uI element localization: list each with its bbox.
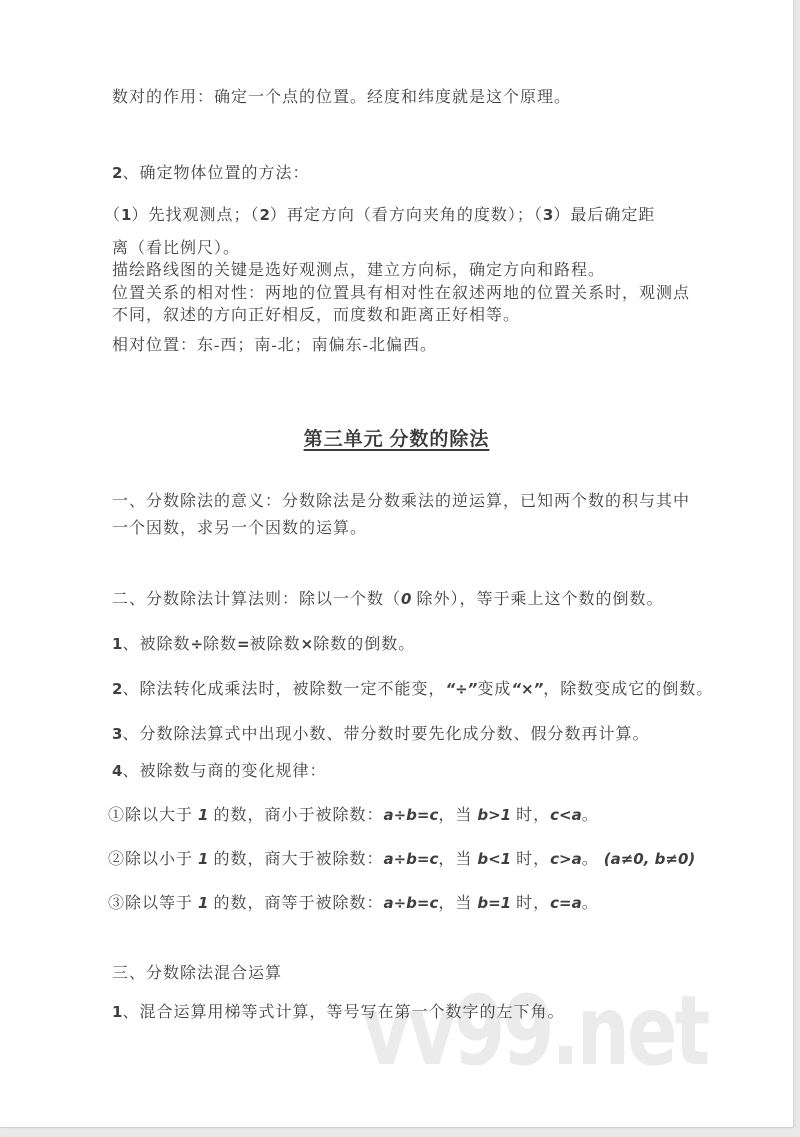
list-item-steps-1-2-3: （1）先找观测点；（2）再定方向（看方向夹角的度数）；（3）最后确定距 bbox=[104, 205, 655, 226]
watermark: vv99.net bbox=[362, 975, 707, 1087]
section-heading: 第三单元 分数的除法 bbox=[0, 424, 793, 451]
paragraph-number-pair-usage: 数对的作用：确定一个点的位置。经度和纬度就是这个原理。 bbox=[112, 88, 571, 108]
line-relative-positions: 相对位置：东-西；南-北；南偏东-北偏西。 bbox=[112, 336, 437, 356]
sub-item-3-divisor-equal: ③除以等于 1 的数，商等于被除数：a÷b=c，当 b=1 时，c=a。 bbox=[108, 893, 599, 914]
paragraph-division-meaning-2: 一个因数，求另一个因数的运算。 bbox=[112, 519, 367, 539]
line-position-relativity-2: 不同，叙述的方向正好相反，而度数和距离正好相等。 bbox=[112, 306, 520, 326]
list-item-1-formula: 1、被除数÷除数=被除数×除数的倒数。 bbox=[112, 634, 415, 655]
section-heading-text: 第三单元 分数的除法 bbox=[304, 429, 490, 450]
list-item-3-decimals: 3、分数除法算式中出现小数、带分数时要先化成分数、假分数再计算。 bbox=[112, 724, 649, 745]
line-distance-scale: 离（看比例尺）。 bbox=[112, 239, 240, 259]
section-three-mixed-operations: 三、分数除法混合运算 bbox=[112, 964, 282, 984]
line-route-map-key: 描绘路线图的关键是选好观测点，建立方向标，确定方向和路程。 bbox=[112, 261, 605, 281]
paragraph-division-rule: 二、分数除法计算法则：除以一个数（0 除外），等于乘上这个数的倒数。 bbox=[112, 589, 663, 610]
sub-item-2-divisor-less: ②除以小于 1 的数，商大于被除数：a÷b=c，当 b<1 时，c>a。 (a≠… bbox=[108, 849, 695, 870]
list-item-2-locating-method: 2、确定物体位置的方法： bbox=[112, 163, 309, 184]
line-position-relativity-1: 位置关系的相对性：两地的位置具有相对性在叙述两地的位置关系时，观测点 bbox=[112, 284, 690, 304]
document-page: vv99.net 数对的作用：确定一个点的位置。经度和纬度就是这个原理。 2、确… bbox=[0, 0, 794, 1128]
list-item-1-mixed-calculation: 1、混合运算用梯等式计算，等号写在第一个数字的左下角。 bbox=[112, 1002, 564, 1023]
paragraph-division-meaning-1: 一、分数除法的意义：分数除法是分数乘法的逆运算，已知两个数的积与其中 bbox=[112, 492, 690, 512]
list-item-2-conversion: 2、除法转化成乘法时，被除数一定不能变，“÷”变成“×”，除数变成它的倒数。 bbox=[112, 679, 713, 700]
sub-item-1-divisor-greater: ①除以大于 1 的数，商小于被除数：a÷b=c，当 b>1 时，c<a。 bbox=[108, 805, 599, 826]
list-item-4-quotient-rules: 4、被除数与商的变化规律： bbox=[112, 761, 326, 782]
